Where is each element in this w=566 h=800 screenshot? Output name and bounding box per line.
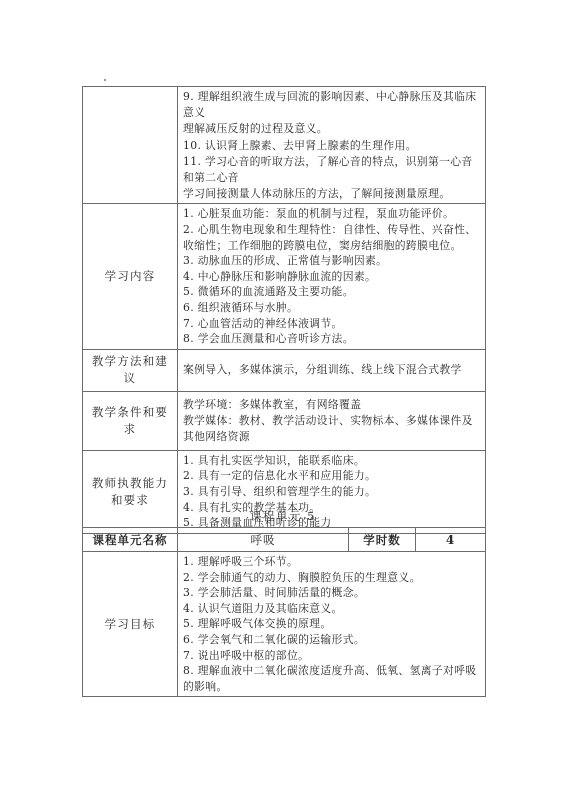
list-item: 4. 中心静脉压和影响静脉血流的因素。: [183, 269, 481, 285]
list-item: 5. 理解呼吸气体交换的原理。: [183, 616, 481, 632]
list-item: 8. 理解血液中二氧化碳浓度适度升高、低氧、氢离子对呼吸的影响。: [183, 663, 481, 694]
row-label-learning-goals: 学习目标: [83, 552, 178, 697]
table-row-learning-content: 学习内容 1. 心脏泵血功能：泵血的机制与过程，泵血功能评价。 2. 心肌生物电…: [83, 204, 486, 349]
list-item: 7. 心血管活动的神经体液调节。: [183, 316, 481, 332]
list-item: 学习间接测量人体动脉压的方法，了解间接测量原理。: [183, 186, 481, 202]
continuation-content: 9. 理解组织液生成与回流的影响因素、中心静脉压及其临床意义 理解减压反射的过程…: [178, 87, 486, 204]
list-item: 4. 认识气道阻力及其临床意义。: [183, 601, 481, 617]
list-item: 1. 具有扎实医学知识，能联系临床。: [183, 453, 481, 469]
list-item: 8. 学会血压测量和心音听诊方法。: [183, 331, 481, 347]
hours-value: 4: [416, 528, 486, 552]
list-item: 1. 心脏泵血功能：泵血的机制与过程，泵血功能评价。: [183, 206, 481, 222]
list-item: 2. 心肌生物电现象和生理特性：自律性、传导性、兴奋性、收缩性；工作细胞的跨膜电…: [183, 222, 481, 253]
row-label-learning-content: 学习内容: [83, 204, 178, 349]
list-item: 5. 微循环的血流通路及主要功能。: [183, 284, 481, 300]
unit-caption: 课程单元 5: [0, 508, 566, 524]
unit-details-table: 9. 理解组织液生成与回流的影响因素、中心静脉压及其临床意义 理解减压反射的过程…: [82, 86, 486, 534]
table-row-teaching-conditions: 教学条件和要求 教学环境：多媒体教室，有网络覆盖 教学媒体：教材、教学活动设计、…: [83, 391, 486, 450]
learning-goals-list: 1. 理解呼吸三个环节。 2. 学会肺通气的动力、胸膜腔负压的生理意义。 3. …: [178, 552, 486, 697]
list-item: 11. 学习心音的听取方法，了解心音的特点，识别第一心音和第二心音: [183, 154, 481, 186]
list-item: 3. 动脉血压的形成、正常值与影响因素。: [183, 253, 481, 269]
list-item: 理解减压反射的过程及意义。: [183, 121, 481, 137]
list-item: 9. 理解组织液生成与回流的影响因素、中心静脉压及其临床意义: [183, 89, 481, 121]
table-row-teaching-methods: 教学方法和建议 案例导入，多媒体演示，分组训练、线上线下混合式教学: [83, 349, 486, 391]
list-item: 1. 理解呼吸三个环节。: [183, 554, 481, 570]
list-item: 6. 组织液循环与水肿。: [183, 300, 481, 316]
hours-label: 学时数: [349, 528, 416, 552]
list-item: 2. 学会肺通气的动力、胸膜腔负压的生理意义。: [183, 570, 481, 586]
learning-content-list: 1. 心脏泵血功能：泵血的机制与过程，泵血功能评价。 2. 心肌生物电现象和生理…: [178, 204, 486, 349]
unit5-table: 课程单元名称 呼吸 学时数 4 学习目标 1. 理解呼吸三个环节。 2. 学会肺…: [82, 527, 486, 697]
list-item: 教学媒体：教材、教学活动设计、实物标本、多媒体课件及其他网络资源: [183, 413, 481, 444]
list-item: 3. 具有引导、组织和管理学生的能力。: [183, 484, 481, 500]
table-header-row: 课程单元名称 呼吸 学时数 4: [83, 528, 486, 552]
table-row-learning-goals: 学习目标 1. 理解呼吸三个环节。 2. 学会肺通气的动力、胸膜腔负压的生理意义…: [83, 552, 486, 697]
row-label-teaching-methods: 教学方法和建议: [83, 349, 178, 391]
list-item: 教学环境：多媒体教室，有网络覆盖: [183, 397, 481, 413]
stray-mark: [104, 79, 106, 81]
unit-name-value: 呼吸: [178, 528, 349, 552]
list-item: 2. 具有一定的信息化水平和应用能力。: [183, 468, 481, 484]
table-row-continuation: 9. 理解组织液生成与回流的影响因素、中心静脉压及其临床意义 理解减压反射的过程…: [83, 87, 486, 204]
list-item: 3. 学会肺活量、时间肺活量的概念。: [183, 585, 481, 601]
row-label-teaching-conditions: 教学条件和要求: [83, 391, 178, 450]
unit-name-label: 课程单元名称: [83, 528, 178, 552]
list-item: 7. 说出呼吸中枢的部位。: [183, 648, 481, 664]
teaching-methods-text: 案例导入，多媒体演示，分组训练、线上线下混合式教学: [178, 349, 486, 391]
list-item: 6. 学会氧气和二氧化碳的运输形式。: [183, 632, 481, 648]
row-label-empty: [83, 87, 178, 204]
list-item: 10. 认识肾上腺素、去甲肾上腺素的生理作用。: [183, 138, 481, 154]
teaching-conditions-list: 教学环境：多媒体教室，有网络覆盖 教学媒体：教材、教学活动设计、实物标本、多媒体…: [178, 391, 486, 450]
